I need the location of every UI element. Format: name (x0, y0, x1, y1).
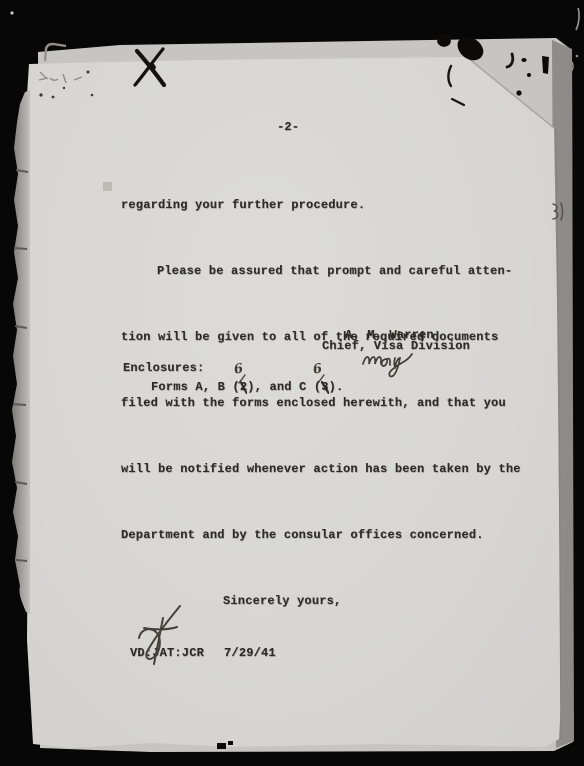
body-line: regarding your further procedure. (121, 194, 521, 216)
body-line: Please be assured that prompt and carefu… (121, 260, 521, 282)
struck-count-form-b: 2 (240, 381, 247, 394)
typist-reference-line: VD:JAT:JCR7/29/41 (130, 647, 276, 660)
letter-body: regarding your further procedure. Please… (121, 150, 521, 656)
signature-title: Chief, Visa Division (322, 340, 470, 353)
scanned-letter: -2- regarding your further procedure. Pl… (0, 0, 584, 766)
body-line: will be notified whenever action has bee… (121, 458, 521, 480)
torn-left-edge (12, 90, 30, 614)
body-line: Department and by the consular offices c… (121, 524, 521, 546)
forms-text: ), and C ( (247, 380, 321, 394)
closing-line: Sincerely yours, (121, 590, 521, 612)
body-line: filed with the forms enclosed herewith, … (121, 392, 521, 414)
letter-date: 7/29/41 (224, 646, 276, 660)
typist-reference-code: VD:JAT:JCR (130, 646, 204, 660)
forms-text: ). (329, 380, 344, 394)
forms-text: Forms A, B ( (151, 380, 240, 394)
page-number: -2- (277, 121, 299, 134)
enclosures-forms-line: Forms A, B (2), and C (3). (151, 381, 343, 394)
struck-count-form-c: 3 (321, 381, 328, 394)
enclosures-label: Enclosures: (123, 362, 204, 375)
